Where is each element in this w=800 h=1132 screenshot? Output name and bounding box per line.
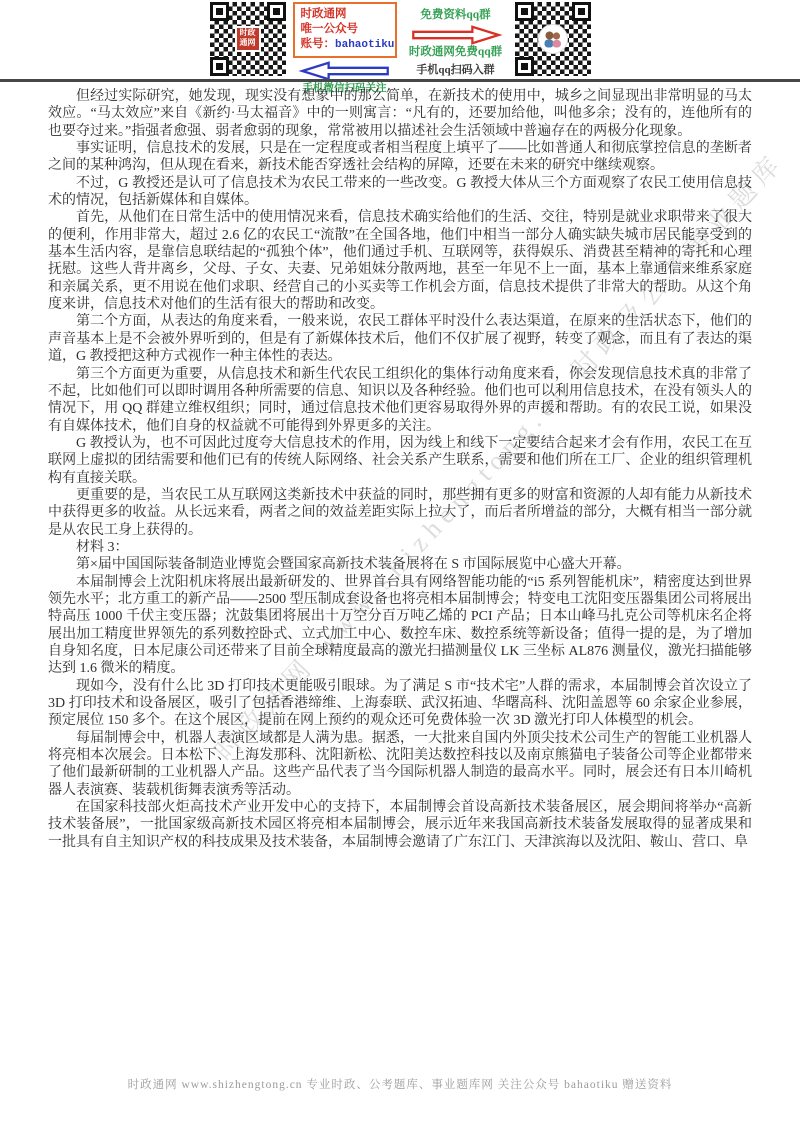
paragraph: 每届制博会中，机器人表演区域都是人满为患。据悉，一大批来自国内外顶尖技术公司生产…	[48, 730, 752, 799]
qr-logo-text: 通网	[237, 38, 259, 48]
official-account-label: 唯一公众号	[301, 22, 389, 37]
free-material-label: 免费资料qq群	[420, 9, 490, 22]
paragraph: 本届制博会上沈阳机床将展出最新研发的、世界首台具有网络智能功能的“i5 系列智能…	[48, 574, 752, 678]
qr-finder-icon	[210, 57, 229, 76]
paragraph: 第三个方面更为重要，从信息技术和新生代农民工组织化的集体行动角度来看，你会发现信…	[48, 366, 752, 435]
qr-finder-icon	[572, 2, 591, 21]
qq-info-column: 免费资料qq群 时政通网免费qq群 手机qq扫码入群	[404, 2, 508, 77]
paragraph: 不过，G 教授还是认可了信息技术为农民工带来的一些改变。G 教授大体从三个方面观…	[48, 175, 752, 210]
page-header: 时政 通网 时政通网 唯一公众号 账号：bahaotiku 手机微信扫码关注 免…	[0, 0, 800, 79]
right-arrow-icon	[406, 25, 506, 45]
page-footer: 时政通网 www.shizhengtong.cn 专业时政、公考题库、事业题库网…	[0, 1076, 800, 1092]
qr-logo-text: 时政	[237, 28, 259, 38]
qr-finder-icon	[267, 2, 286, 21]
paragraph: 更重要的是，当农民工从互联网这类新技术中获益的同时，那些拥有更多的财富和资源的人…	[48, 487, 752, 539]
qq-scan-caption: 手机qq扫码入群	[416, 63, 494, 77]
qr-finder-icon	[210, 2, 229, 21]
left-arrow-icon	[295, 61, 395, 81]
site-name: 时政通网	[301, 7, 389, 22]
wechat-account-box: 时政通网 唯一公众号 账号：bahaotiku	[293, 2, 397, 58]
paragraph: 现如今，没有什么比 3D 打印技术更能吸引眼球。为了满足 S 市“技术宅”人群的…	[48, 678, 752, 730]
qq-avatar-icon	[538, 24, 568, 54]
qr-finder-icon	[515, 2, 534, 21]
account-id: bahaotiku	[335, 39, 394, 51]
paragraph: 第二个方面，从表达的角度来看，一般来说，农民工群体平时没什么表达渠道，在原来的生…	[48, 313, 752, 365]
wechat-qr-code-icon: 时政 通网	[210, 2, 286, 76]
paragraph: 事实证明，信息技术的发展，只是在一定程度或者相当程度上填平了——比如普通人和彻底…	[48, 140, 752, 175]
account-label: 账号：	[301, 38, 336, 50]
shizhengtong-logo-icon: 时政 通网	[235, 26, 261, 52]
paragraph: G 教授认为，也不可因此过度夸大信息技术的作用，因为线上和线下一定要结合起来才会…	[48, 435, 752, 487]
paragraph: 但经过实际研究，她发现，现实没有想象中的那么简单，在新技术的使用中，城乡之间显现…	[48, 88, 752, 140]
header-divider	[0, 79, 800, 82]
account-line: 账号：bahaotiku	[301, 37, 389, 53]
paragraph: 首先，从他们在日常生活中的使用情况来看，信息技术确实给他们的生活、交往，特别是就…	[48, 209, 752, 313]
paragraph: 在国家科技部火炬高技术产业开发中心的支持下，本届制博会首设高新技术装备展区，展会…	[48, 799, 752, 851]
qq-qr-code-icon	[515, 2, 591, 76]
material-3-heading: 材料 3：	[48, 539, 752, 556]
paragraph: 第×届中国国际装备制造业博览会暨国家高新技术装备展将在 S 市国际展览中心盛大开…	[48, 556, 752, 573]
qr-finder-icon	[515, 57, 534, 76]
document-body: 但经过实际研究，她发现，现实没有想象中的那么简单，在新技术的使用中，城乡之间显现…	[48, 88, 752, 851]
qq-group-label: 时政通网免费qq群	[409, 46, 502, 59]
